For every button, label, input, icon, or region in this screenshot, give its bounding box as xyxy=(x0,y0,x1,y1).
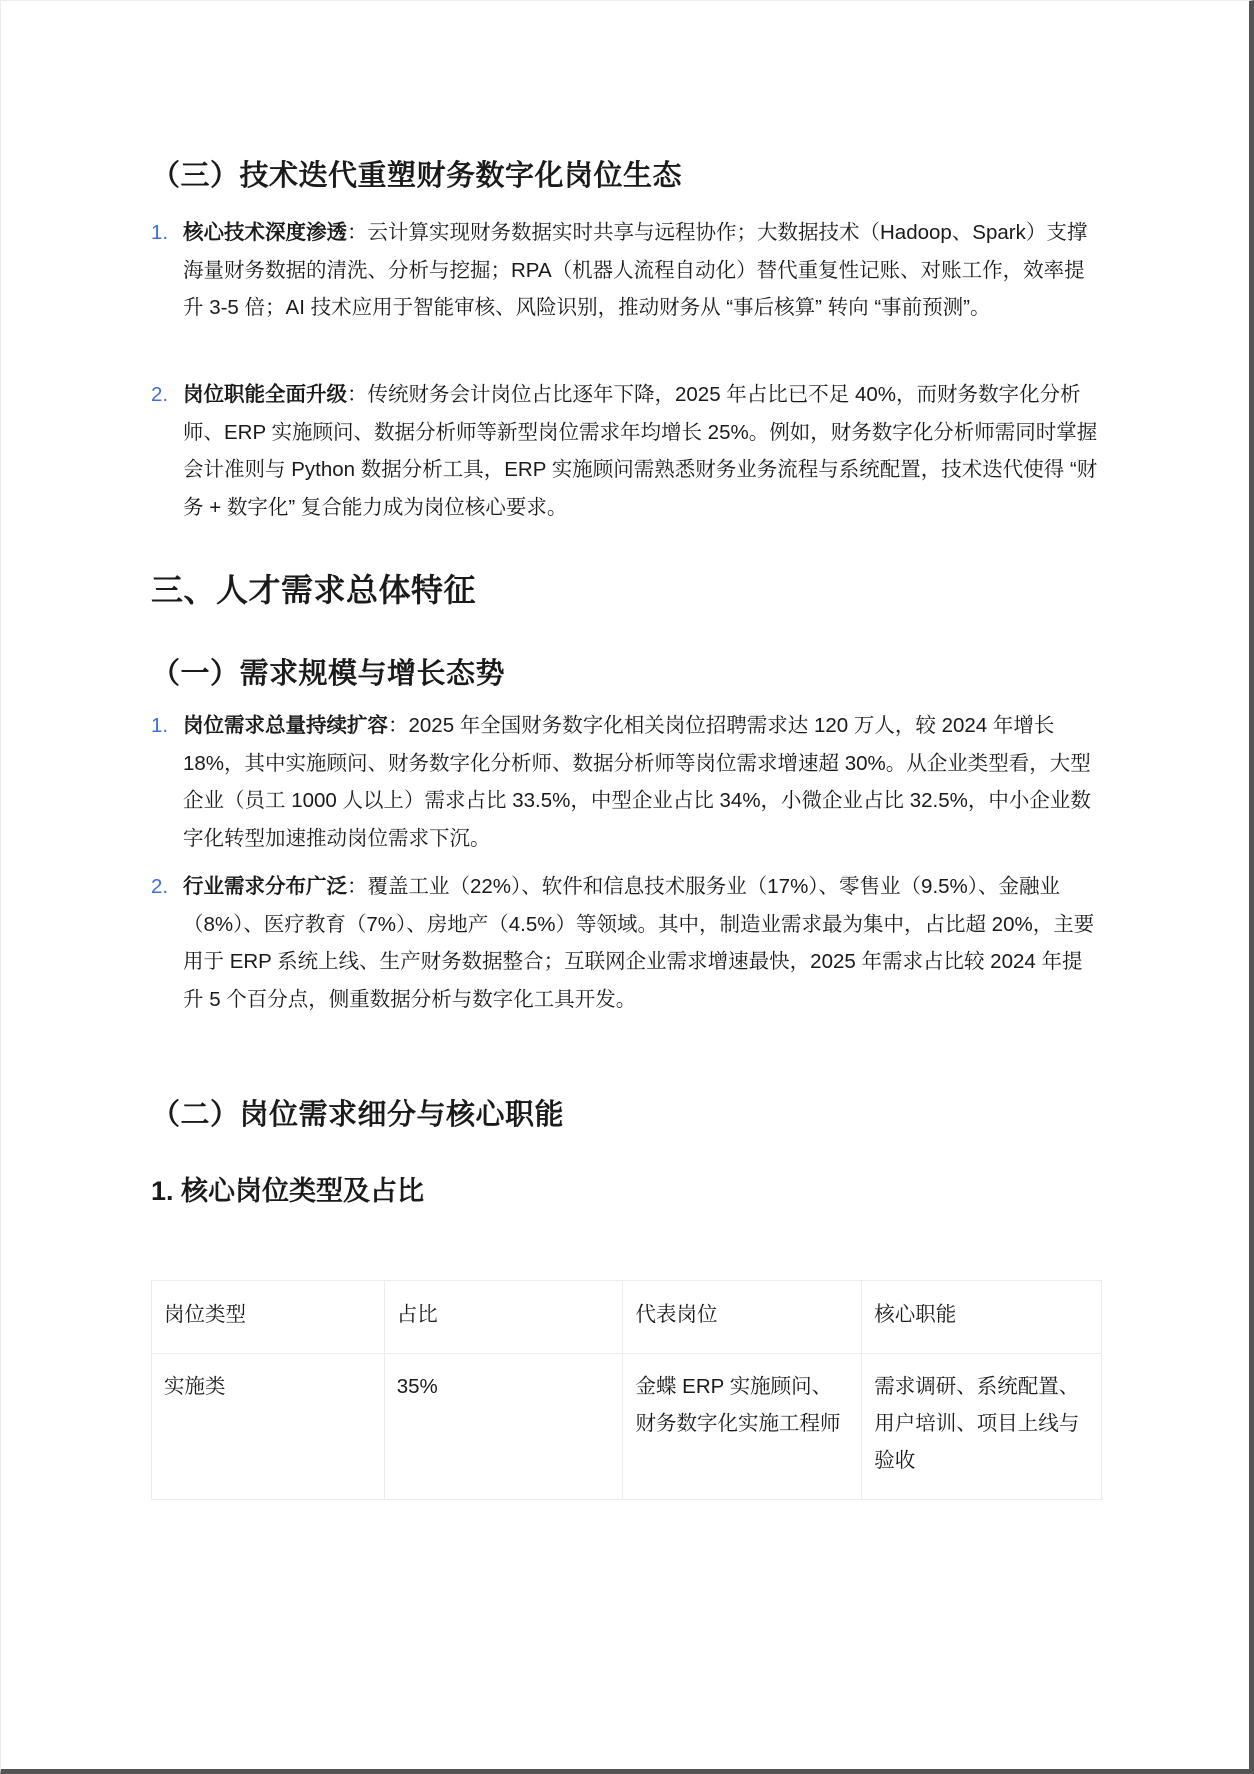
document-page: （三）技术迭代重塑财务数字化岗位生态 1. 核心技术深度渗透：云计算实现财务数据… xyxy=(0,0,1254,1774)
list-item-lead: 岗位需求总量持续扩容 xyxy=(183,714,388,737)
table-header-cell: 占比 xyxy=(384,1281,623,1354)
table-cell: 金蝶 ERP 实施顾问、财务数字化实施工程师 xyxy=(623,1354,862,1500)
list-number: 2. xyxy=(151,868,179,906)
list-item: 1. 核心技术深度渗透：云计算实现财务数据实时共享与远程协作；大数据技术（Had… xyxy=(151,214,1101,327)
list-number: 1. xyxy=(151,214,179,252)
list-item-lead: 行业需求分布广泛 xyxy=(183,875,347,898)
table-header-cell: 代表岗位 xyxy=(623,1281,862,1354)
list-number: 2. xyxy=(151,376,179,414)
table-cell: 需求调研、系统配置、用户培训、项目上线与验收 xyxy=(862,1354,1102,1500)
list-item-lead: 核心技术深度渗透 xyxy=(183,221,347,244)
list-item: 2. 岗位职能全面升级：传统财务会计岗位占比逐年下降，2025 年占比已不足 4… xyxy=(151,376,1101,526)
list-number: 1. xyxy=(151,707,179,745)
chapter-heading: 三、人才需求总体特征 xyxy=(151,565,476,611)
list-item: 2. 行业需求分布广泛：覆盖工业（22%）、软件和信息技术服务业（17%）、零售… xyxy=(151,868,1101,1018)
table-header-cell: 核心职能 xyxy=(862,1281,1102,1354)
section-heading-roles: （二）岗位需求细分与核心职能 xyxy=(151,1092,564,1133)
table-cell: 实施类 xyxy=(152,1354,385,1500)
role-types-table: 岗位类型 占比 代表岗位 核心职能 实施类 35% 金蝶 ERP 实施顾问、财务… xyxy=(151,1280,1102,1500)
subsection-heading: 1. 核心岗位类型及占比 xyxy=(151,1169,424,1208)
table-cell: 35% xyxy=(384,1354,623,1500)
section-heading-scale: （一）需求规模与增长态势 xyxy=(151,651,505,692)
list-item: 1. 岗位需求总量持续扩容：2025 年全国财务数字化相关岗位招聘需求达 120… xyxy=(151,707,1101,857)
table-header-row: 岗位类型 占比 代表岗位 核心职能 xyxy=(152,1281,1102,1354)
section-heading-tech: （三）技术迭代重塑财务数字化岗位生态 xyxy=(151,153,682,194)
table-row: 实施类 35% 金蝶 ERP 实施顾问、财务数字化实施工程师 需求调研、系统配置… xyxy=(152,1354,1102,1500)
table-header-cell: 岗位类型 xyxy=(152,1281,385,1354)
list-item-lead: 岗位职能全面升级 xyxy=(183,383,347,406)
